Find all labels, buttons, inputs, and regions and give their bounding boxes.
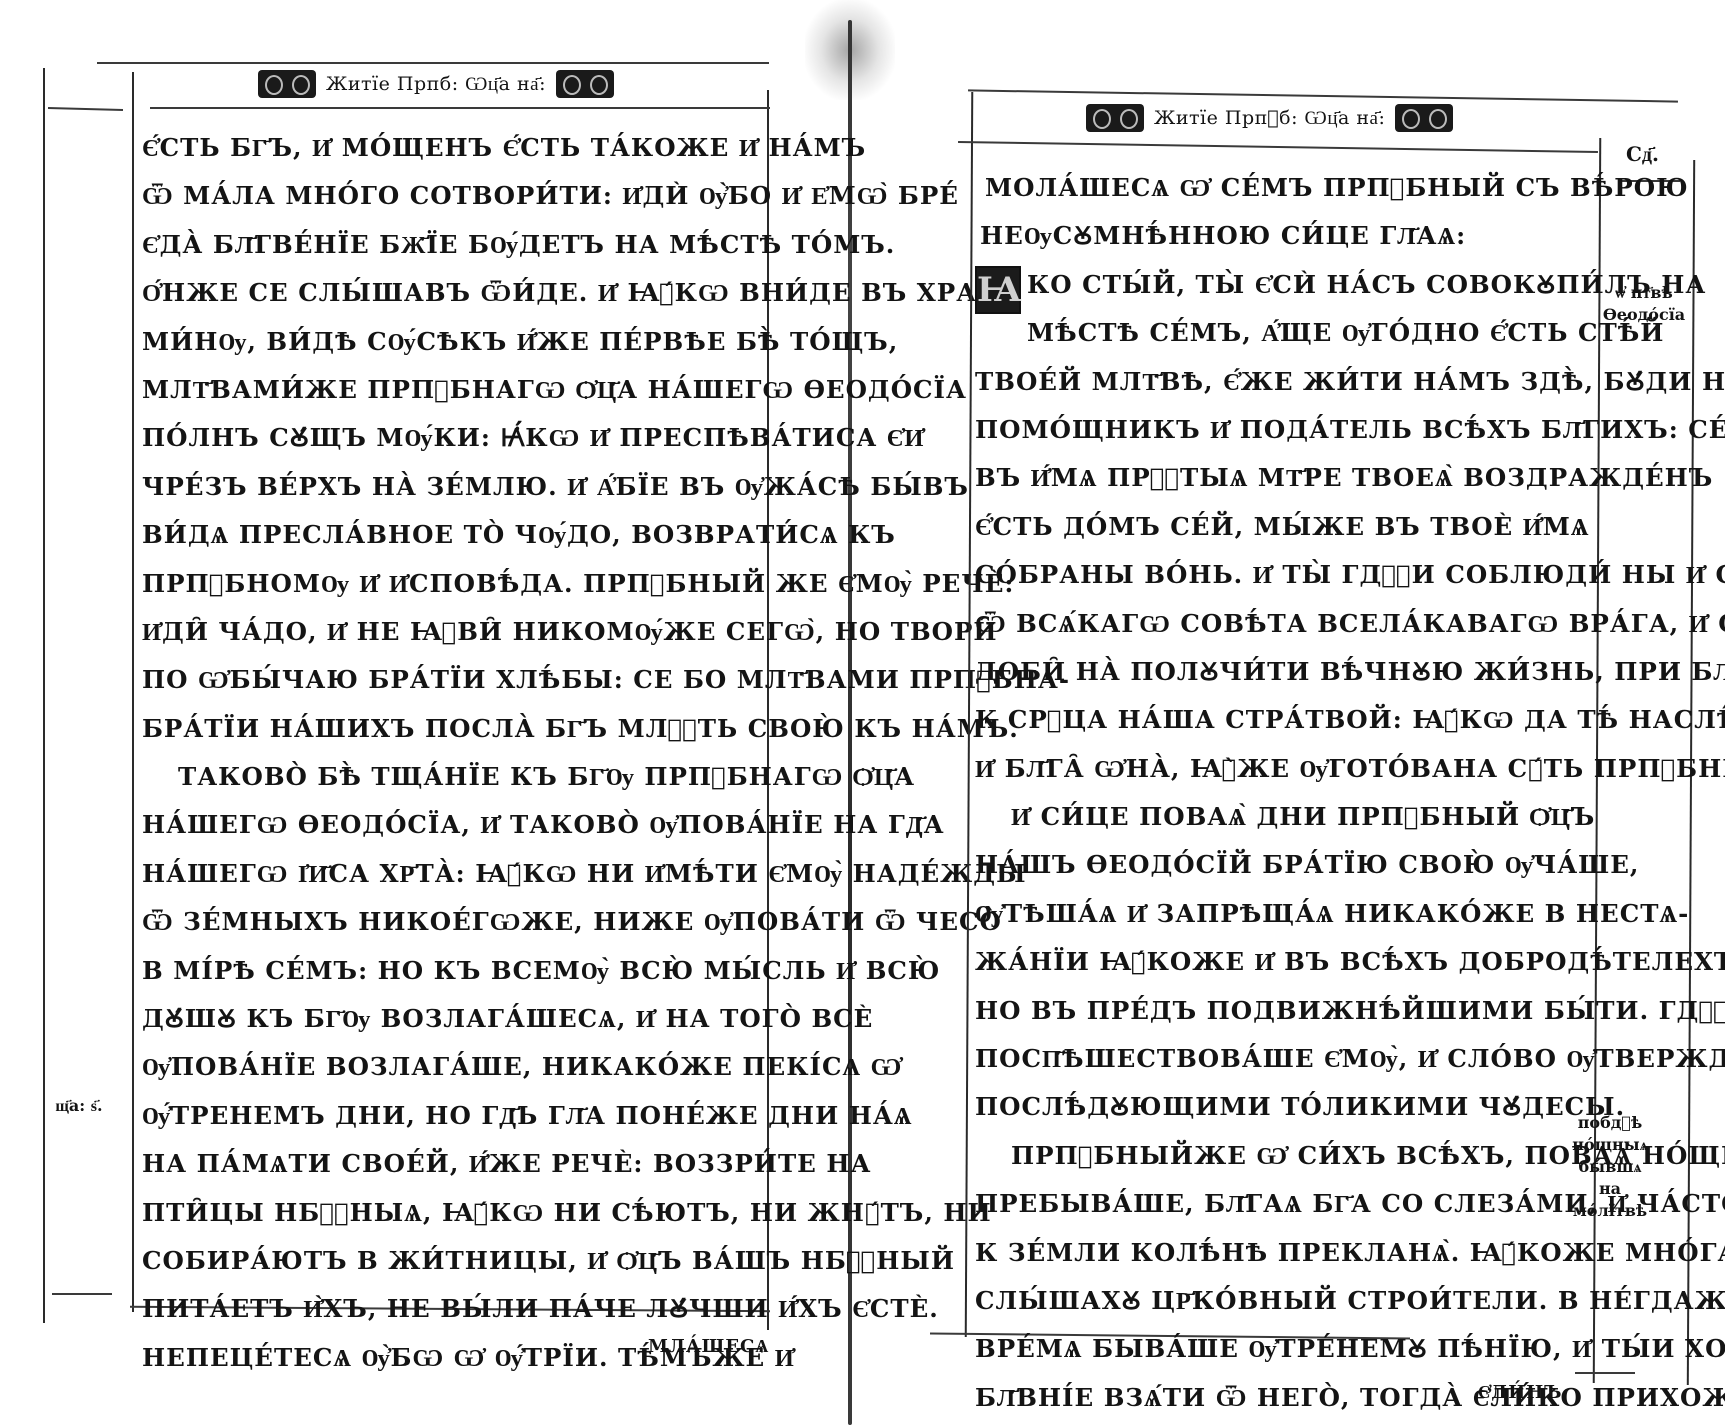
text-line: к срⷣца на́ша стра́твой: ꙗ҆́кѡ да тѣ́ на… bbox=[975, 696, 1725, 744]
text-line: въ и҆́мѧ прⷭ҇тыѧ мт҃ре твоеѧ̀ воздражде́… bbox=[975, 454, 1725, 502]
text-line: на́шегѡ І҆и҃са Хр҃та̀: ꙗ҆́кѡ ни и҆мѣ́ти … bbox=[142, 850, 1070, 898]
right-catchword: є҆ди́нъ bbox=[1478, 1382, 1562, 1403]
text-line: є҆да̀ бл҃гве́нїе бж҃їе бѹ́детъ на мѣ́стѣ… bbox=[142, 221, 1070, 269]
text-line: но въ пре́дъ подвижнѣ́йшими бы́ти. Гдⷭ҇ь… bbox=[975, 987, 1725, 1035]
text-line: ми́нѹ, ви́дѣ сѹ́сѣкъ и҆́же пе́рвѣе бѣ̀ т… bbox=[142, 318, 1070, 366]
text-line: дꙋ́шꙋ къ Бг҃ѹ возлага́шесѧ, и҆ на того̀ … bbox=[142, 995, 1070, 1043]
headpiece-ornament-icon bbox=[556, 70, 614, 98]
margin-note-line: на мо́лїтвѣ bbox=[1560, 1178, 1660, 1222]
text-line: на па́мѧти свое́й, и҆́же речѐ: воззри́те… bbox=[142, 1140, 1070, 1188]
left-running-head: Житїе Прпб: Ѡц҃а на҃: bbox=[258, 70, 614, 98]
text-line: посп҃ѣшествова́ше є҆мѹ̀, и҆ сло́во ѹ҆тве… bbox=[975, 1035, 1725, 1083]
text-line: є҆́сть Бг҃ъ, и҆ мо́щенъ є҆́сть та́коже и… bbox=[142, 124, 1070, 172]
left-page-top-rule bbox=[97, 62, 769, 64]
left-margin-rule bbox=[48, 107, 123, 111]
text-line: О҆́нже се слы́шавъ ѿи́де. и҆ ꙗ҆́кѡ вни́д… bbox=[142, 269, 1070, 317]
illuminated-initial-icon: Ꙗ bbox=[975, 266, 1021, 314]
paragraph-start-line: Таково̀ бѣ̀ тща́нїе къ Бг҃ѹ прпⷣбнагѡ ѻ҆… bbox=[142, 753, 1070, 801]
text-line: є҆́сть до́мъ се́й, мы́же въ твоѐ и҆́мѧ bbox=[975, 503, 1725, 551]
right-page-top-rule bbox=[968, 89, 1678, 102]
margin-note-line: ѡ҆ пт҃вѣ bbox=[1598, 282, 1690, 304]
right-margin-note-top: ѡ҆ пт҃вѣ Ѳеодо́сїа bbox=[1598, 282, 1690, 326]
left-head-underline bbox=[150, 107, 770, 109]
text-line: со́браны во́нь. И҆ ты̀ Гдⷭ҇и соблюди́ ны… bbox=[975, 551, 1725, 599]
headpiece-ornament-icon bbox=[1086, 104, 1144, 132]
margin-note-line: бы́вшѧ bbox=[1560, 1156, 1660, 1178]
left-margin-note: щ҃а: ѕ҃. bbox=[34, 1095, 124, 1117]
left-page-inner-left-rule bbox=[132, 72, 134, 1312]
running-head-text: Житїе Прпб: Ѡц҃а на҃: bbox=[326, 73, 546, 96]
text-line: ви́дѧ пресла́вное то̀ чѹ́до, возврати́сѧ… bbox=[142, 511, 1070, 559]
text-line: ѿ ма́ла мно́го сотвори́ти: и҆дѝ ѹ҆̀бо и҆… bbox=[142, 172, 1070, 220]
headpiece-ornament-icon bbox=[258, 70, 316, 98]
text-line: доби̑ на̀ полꙋчи́ти вѣ́чнꙋю жи́знь, при … bbox=[975, 648, 1725, 696]
text-line: млт҃вами́же прпⷣбнагѡ ѻ҆ц҃а на́шегѡ Ѳеод… bbox=[142, 366, 1070, 414]
left-margin-bottom-rule bbox=[52, 1293, 112, 1295]
text-line: на́шегѡ Ѳеодо́сїа, и҆ таково̀ ѹ҆пова́нїе… bbox=[142, 801, 1070, 849]
left-catchword: мла́шесѧ bbox=[648, 1336, 769, 1357]
text-line: ѹ҆тѣша́ѧ и҆ запрѣща́ѧ никако́же в нестѧ- bbox=[975, 890, 1725, 938]
text-line: Непеце́тесѧ ѹ҆̀бѡ ѡ҆ ѹ҆́трїи. Тѣ́мъже и҆ bbox=[142, 1334, 1070, 1382]
text-line: жа́нїи ꙗ҆́коже и҆ въ всѣ́хъ добродѣ́теле… bbox=[975, 938, 1725, 986]
text-line: в мі́рѣ се́мъ: но къ всемѹ̀ всю̀ мы́сль … bbox=[142, 947, 1070, 995]
margin-note-line: Ѳеодо́сїа bbox=[1598, 304, 1690, 326]
left-page-text: є҆́сть Бг҃ъ, и҆ мо́щенъ є҆́сть та́коже и… bbox=[142, 124, 1070, 1382]
text-line: на́шъ Ѳеодо́сїй бра́тїю свою̀ ѹ҆ча́ше, bbox=[975, 841, 1725, 889]
text-line: чре́зъ ве́рхъ на̀ зе́млю. и҆ а҆́бїе въ ѹ… bbox=[142, 463, 1070, 511]
margin-note-line: но́щныѧ bbox=[1560, 1134, 1660, 1156]
text-line: ѿ всѧ́кагѡ совѣ́та всела́кавагѡ вра́га, … bbox=[975, 600, 1725, 648]
text-line: вре́мѧ быва́ше ѹ҆тре́немꙋ пѣ́нїю, и҆ ты́… bbox=[975, 1325, 1725, 1373]
text-line: твое́й млт҃вѣ, є҆́же жи́ти на́мъ здѣ̀, б… bbox=[975, 358, 1725, 406]
text-line: пти̑цы нбⷭ҇ныѧ, ꙗ҆́кѡ ни сѣ́ютъ, ни жнꙋ́… bbox=[142, 1189, 1070, 1237]
headpiece-ornament-icon bbox=[1395, 104, 1453, 132]
text-line: ѹ҆пова́нїе возлага́ше, никако́же пекі́сѧ… bbox=[142, 1043, 1070, 1091]
right-running-head: Житїе Прпⷣб: Ѡц҃а на҃: bbox=[1086, 104, 1453, 132]
right-page-text: мола́шесѧ ѡ҆ се́мъ Прпⷣбный съ вѣ́рою не… bbox=[975, 164, 1725, 1422]
text-line: бра́тїи на́шихъ посла̀ Бг҃ъ млⷭ҇ть свою̀… bbox=[142, 705, 1070, 753]
paragraph-start-line: И҆ си́це поваѧ̀ дни прпⷣбный ѻ҆ц҃ъ bbox=[975, 793, 1725, 841]
text-line: бл҃вні́е взѧ́ти ѿ него̀, тогда̀ є҆ли́ко … bbox=[975, 1374, 1725, 1422]
right-margin-note-bottom: побдⷣѣ но́щныѧ бы́вшѧ на мо́лїтвѣ bbox=[1560, 1112, 1660, 1222]
text-line: мола́шесѧ ѡ҆ се́мъ Прпⷣбный съ вѣ́рою bbox=[975, 164, 1725, 212]
text-line: по́лнъ сꙋ́щъ мѹ́ки: ꙗ҆́кѡ и҆ преспѣва́ти… bbox=[142, 414, 1070, 462]
left-page-outer-rule bbox=[43, 68, 45, 1323]
text-line: и҆ди̑ ча́до, и҆ не ꙗ҆ви̑ никомѹ́же сегѡ̀… bbox=[142, 608, 1070, 656]
text-line: ѹ҆́тренемъ дни, но Гд҃ь гл҃а поне́же дни… bbox=[142, 1092, 1070, 1140]
text-line: собира́ютъ в жи́тницы, и҆ ѻ҆ц҃ъ ва́шъ нб… bbox=[142, 1237, 1070, 1285]
text-line: к зе́мли колѣ́нѣ прекланѧ̀. ꙗ҆́коже мно́… bbox=[975, 1229, 1725, 1277]
running-head-text: Житїе Прпⷣб: Ѡц҃а на҃: bbox=[1154, 107, 1385, 130]
text-line: пита́етъ и҆̀хъ, не вы́ли па́че лꙋ́чши и҆… bbox=[142, 1285, 1070, 1333]
text-line: по ѡ҆бы́чаю бра́тїи хлѣ́бы: се бо млт҃ва… bbox=[142, 656, 1070, 704]
text-line: неѹсꙋмнѣ́нною си́це гл҃аѧ: bbox=[975, 212, 1725, 260]
text-line: и҆ бл҃га̑ ѡ҆на̀, ꙗ҆̀же ѹ҆гото́вана сꙋ́ть… bbox=[975, 745, 1725, 793]
text-line: прпⷣбномѹ и҆ и҆сповѣ́да. Прпⷣбный же є҆м… bbox=[142, 560, 1070, 608]
text-line: ѿ зе́мныхъ никое́гѡже, ниже ѹ҆пова́ти ѿ … bbox=[142, 898, 1070, 946]
text-line: Помо́щникъ и҆ пода́тель всѣ́хъ бл҃гихъ: … bbox=[975, 406, 1725, 454]
margin-note-line: побдⷣѣ bbox=[1560, 1112, 1660, 1134]
text-line: слы́шахꙋ цр҃ко́вный строи́тели. в не́гда… bbox=[975, 1277, 1725, 1325]
